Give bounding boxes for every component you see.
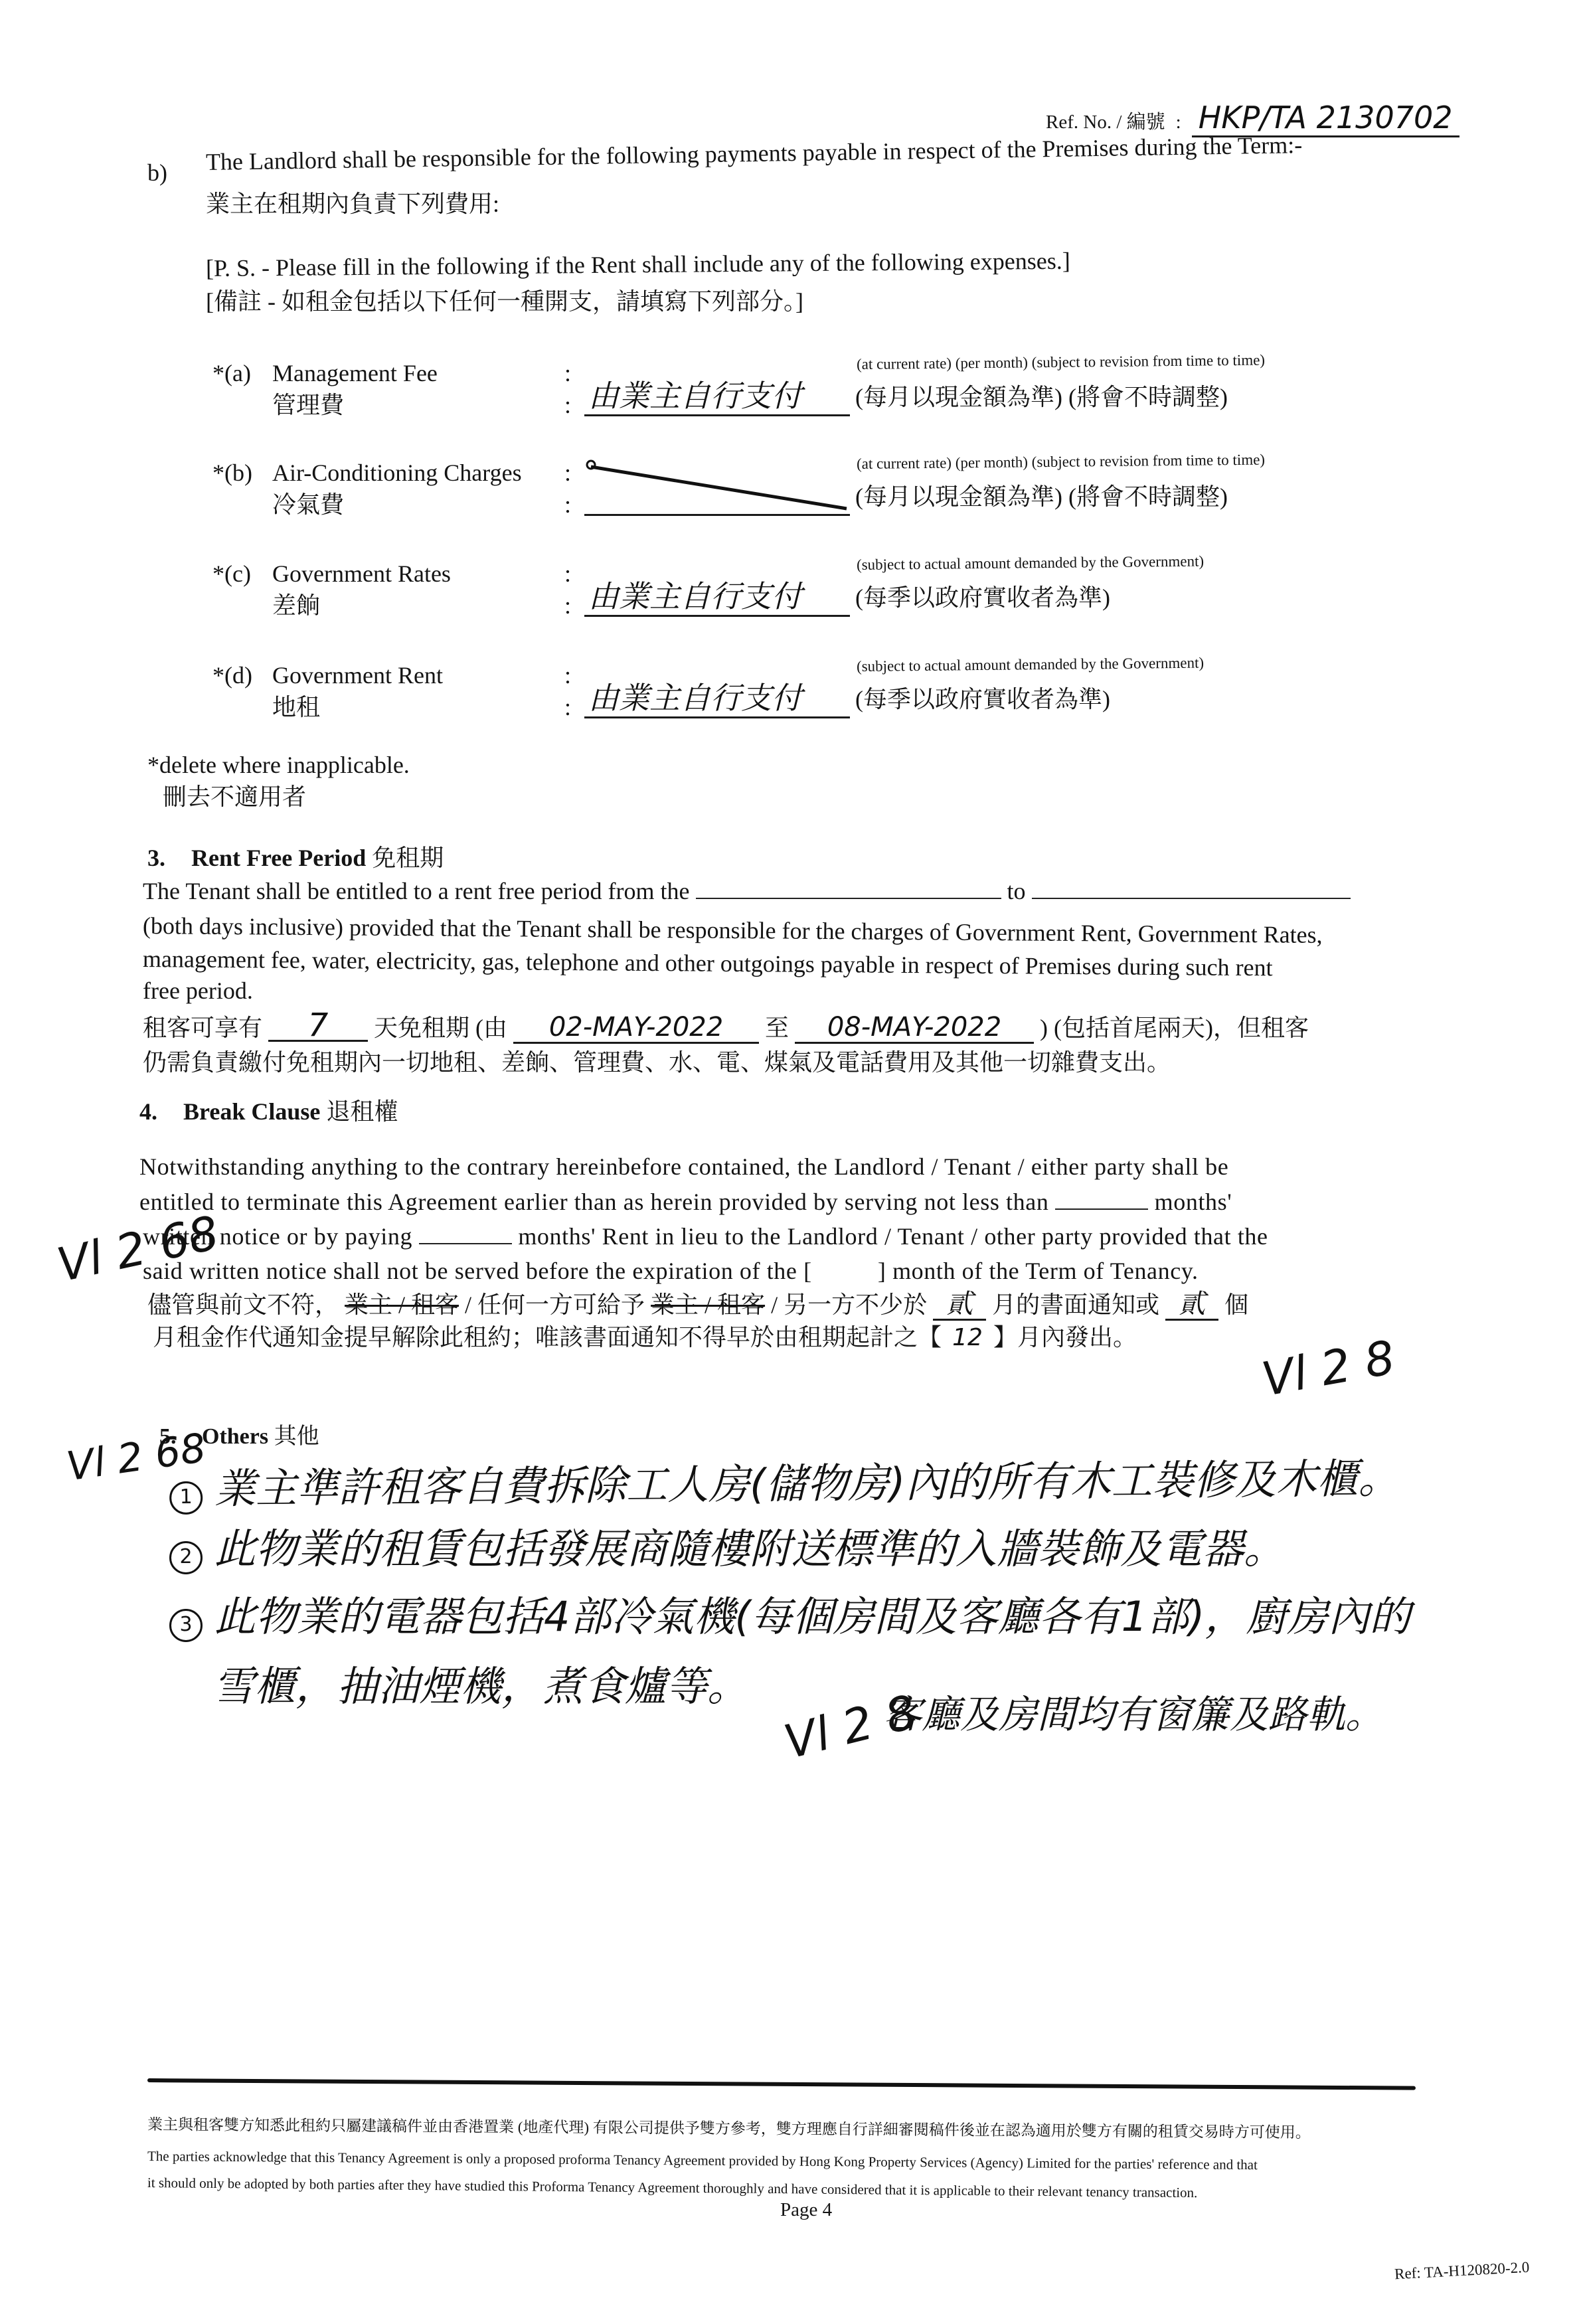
colon: : (564, 661, 571, 690)
expense-marker: *(c) (212, 559, 251, 588)
initials-signature-bottom: Vl 2 8 (779, 1685, 922, 1770)
free-from-date[interactable]: 02-MAY-2022 (513, 1013, 759, 1044)
expense-value-field[interactable]: 由業主自行支付 (584, 578, 850, 617)
cross-out-stroke (584, 457, 850, 517)
zh-days: 天免租期 (由 (374, 1015, 507, 1041)
form-reference: Ref: TA-H120820-2.0 (1394, 2258, 1530, 2285)
free-to-date[interactable]: 08-MAY-2022 (795, 1013, 1034, 1044)
colon: : (564, 390, 571, 420)
expense-value: 由業主自行支付 (584, 578, 802, 614)
others-item-text: 此物業的電器包括4部冷氣機(每個房間及客廳各有1部)，廚房內的 (214, 1592, 1410, 1641)
zh-pre: 租客可享有 (143, 1015, 262, 1041)
page-number: Page 4 (780, 2198, 832, 2222)
expense-label-en: Government Rates (272, 559, 451, 588)
section-3-title-zh: 免租期 (372, 845, 444, 871)
section-3-line4: free period. (143, 976, 253, 1005)
footnote-zh: 刪去不適用者 (163, 782, 306, 811)
expense-value-field[interactable]: 由業主自行支付 (584, 679, 850, 718)
section-4-line3: written notice or by paying months' Rent… (143, 1222, 1268, 1251)
section-5-title-zh: 其他 (274, 1424, 319, 1449)
others-item: 3此物業的電器包括4部冷氣機(每個房間及客廳各有1部)，廚房內的 (169, 1584, 1410, 1643)
zh1-c: / 另一方不少於 (771, 1291, 927, 1318)
expense-value: 由業主自行支付 (584, 680, 802, 716)
expense-label-zh: 冷氣費 (272, 490, 344, 519)
rent-months-value[interactable]: 貳 (1165, 1289, 1218, 1321)
colon: : (564, 359, 571, 388)
footer-disclaimer-en2: it should only be adopted by both partie… (147, 2173, 1198, 2202)
ref-number-block: Ref. No. / 編號 : HKP/TA 2130702 (1046, 100, 1459, 135)
rent-months-blank[interactable] (419, 1242, 512, 1244)
to-word: to (1007, 878, 1026, 904)
free-days-value[interactable]: 7 (268, 1011, 368, 1042)
line1-text: The Tenant shall be entitled to a rent f… (143, 878, 690, 904)
section-3-line3: management fee, water, electricity, gas,… (143, 944, 1273, 982)
expense-label-zh: 差餉 (272, 591, 320, 620)
line4-pre: said written notice shall not be served … (143, 1258, 812, 1284)
ref-colon: : (1176, 112, 1181, 133)
from-date-blank[interactable] (696, 897, 1001, 899)
section-3-line1: The Tenant shall be entitled to a rent f… (143, 876, 1351, 906)
section-3-zh-line2: 仍需負責繳付免租期內一切地租、差餉、管理費、水、電、煤氣及電話費用及其他一切雜費… (143, 1048, 1171, 1077)
initials-signature-right: Vl 2 8 (1258, 1330, 1398, 1407)
others-addendum: 客廳及房間均有窗簾及路軌。 (883, 1683, 1384, 1739)
colon: : (564, 490, 571, 519)
expense-note-zh: (每月以現金額為準) (將會不時調整) (855, 482, 1228, 511)
expense-value: 由業主自行支付 (584, 378, 802, 414)
line3-post: months' Rent in lieu to the Landlord / T… (518, 1223, 1268, 1250)
zh2-pre: 月租金作代通知金提早解除此租約；唯該書面通知不得早於由租期起計之【 (153, 1324, 942, 1351)
expense-label-en: Government Rent (272, 661, 443, 690)
item-number-circle: 2 (169, 1541, 203, 1574)
section-4-number: 4. (139, 1098, 157, 1125)
section-3-number: 3. (147, 845, 165, 871)
others-item: 1業主準許租客自費拆除工人房(儲物房)內的所有木工裝修及木櫃。 (169, 1446, 1400, 1515)
clause-b-text-zh: 業主在租期內負責下列費用: (206, 189, 499, 218)
expense-marker: *(d) (212, 661, 252, 690)
section-4-heading: 4. Break Clause 退租權 (139, 1097, 398, 1126)
ps-note-en: [P. S. - Please fill in the following if… (206, 246, 1070, 283)
expense-label-en: Air-Conditioning Charges (272, 458, 522, 487)
footer-disclaimer-en1: The parties acknowledge that this Tenanc… (147, 2146, 1258, 2175)
colon: : (564, 458, 571, 487)
zh-to: 至 (765, 1015, 789, 1041)
ref-label: Ref. No. / 編號 (1046, 112, 1165, 133)
expense-marker: *(b) (212, 458, 252, 487)
zh2-post: 】月內發出。 (993, 1324, 1137, 1351)
section-4-zh-line1: 儘管與前文不符， 業主 / 租客 / 任何一方可給予 業主 / 租客 / 另一方… (147, 1289, 1248, 1321)
expense-note-zh: (每月以現金額為準) (將會不時調整) (855, 382, 1228, 412)
clause-b-marker: b) (147, 158, 167, 187)
expense-value-field[interactable]: 由業主自行支付 (584, 377, 850, 416)
section-3-line2: (both days inclusive) provided that the … (143, 911, 1323, 950)
notice-months-value[interactable]: 貳 (933, 1289, 986, 1321)
colon: : (564, 559, 571, 588)
expense-label-zh: 管理費 (272, 390, 344, 420)
zh1-d: 月的書面通知或 (992, 1291, 1159, 1318)
item-number-circle: 1 (169, 1481, 203, 1515)
colon: : (564, 693, 571, 722)
earliest-month-value[interactable]: 12 (948, 1323, 987, 1353)
to-date-blank[interactable] (1032, 897, 1351, 899)
clause-b-text-en: The Landlord shall be responsible for th… (206, 130, 1303, 177)
expense-label-en: Management Fee (272, 359, 438, 388)
section-4-zh-line2: 月租金作代通知金提早解除此租約；唯該書面通知不得早於由租期起計之【 12 】月內… (153, 1323, 1137, 1353)
section-4-line2: entitled to terminate this Agreement ear… (139, 1187, 1232, 1216)
section-3-heading: 3. Rent Free Period 免租期 (147, 843, 444, 872)
expense-note-en: (at current rate) (per month) (subject t… (857, 351, 1265, 374)
expense-note-zh: (每季以政府實收者為準) (855, 583, 1110, 612)
expense-value-field[interactable] (584, 477, 850, 516)
expense-note-en: (subject to actual amount demanded by th… (857, 552, 1204, 575)
colon: : (564, 591, 571, 620)
footnote-en: *delete where inapplicable. (147, 750, 410, 780)
section-5-title-en: Others (202, 1424, 268, 1449)
footer-disclaimer-zh: 業主與租客雙方知悉此租約只屬建議稿件並由香港置業 (地產代理) 有限公司提供予雙… (147, 2115, 1311, 2143)
expense-note-en: (subject to actual amount demanded by th… (857, 653, 1204, 677)
others-item-text: 此物業的租賃包括發展商隨樓附送標準的入牆裝飾及電器。 (214, 1525, 1285, 1573)
item-number-circle: 3 (169, 1609, 203, 1642)
expense-label-zh: 地租 (272, 693, 320, 722)
line2-text: entitled to terminate this Agreement ear… (139, 1189, 1048, 1215)
expense-note-en: (at current rate) (per month) (subject t… (857, 450, 1265, 474)
section-4-title-zh: 退租權 (326, 1098, 398, 1125)
section-4-line1: Notwithstanding anything to the contrary… (139, 1152, 1228, 1181)
line2-post: months' (1155, 1189, 1232, 1215)
expense-note-zh: (每季以政府實收者為準) (855, 685, 1110, 714)
expense-marker: *(a) (212, 359, 251, 388)
others-item: 雪櫃，抽油煙機，煮食爐等。 (169, 1653, 748, 1712)
zh-post: ) (包括首尾兩天)，但租客 (1040, 1015, 1309, 1041)
others-item-text: 業主準許租客自費拆除工人房(儲物房)內的所有木工裝修及木櫃。 (214, 1454, 1400, 1513)
zh1-b: / 任何一方可給予 (465, 1291, 645, 1318)
others-item: 2此物業的租賃包括發展商隨樓附送標準的入牆裝飾及電器。 (169, 1516, 1285, 1575)
struck-landlord-tenant-1: 業主 / 租客 (345, 1291, 459, 1318)
section-4-line4: said written notice shall not be served … (143, 1256, 1199, 1286)
ps-note-zh: [備註 - 如租金包括以下任何一種開支，請填寫下列部分。] (206, 287, 803, 316)
footer-divider (147, 2078, 1416, 2090)
others-item-text: 雪櫃，抽油煙機，煮食爐等。 (213, 1662, 748, 1710)
struck-landlord-tenant-2: 業主 / 租客 (651, 1291, 765, 1318)
zh1-e: 個 (1224, 1291, 1248, 1318)
section-4-title-en: Break Clause (183, 1098, 320, 1125)
notice-months-blank[interactable] (1055, 1208, 1148, 1210)
line4-post: ] month of the Term of Tenancy. (878, 1258, 1199, 1284)
section-3-title-en: Rent Free Period (191, 845, 366, 871)
section-3-zh-line1: 租客可享有 7 天免租期 (由 02-MAY-2022 至 08-MAY-202… (143, 1011, 1309, 1044)
zh1-a: 儘管與前文不符， (147, 1291, 339, 1318)
